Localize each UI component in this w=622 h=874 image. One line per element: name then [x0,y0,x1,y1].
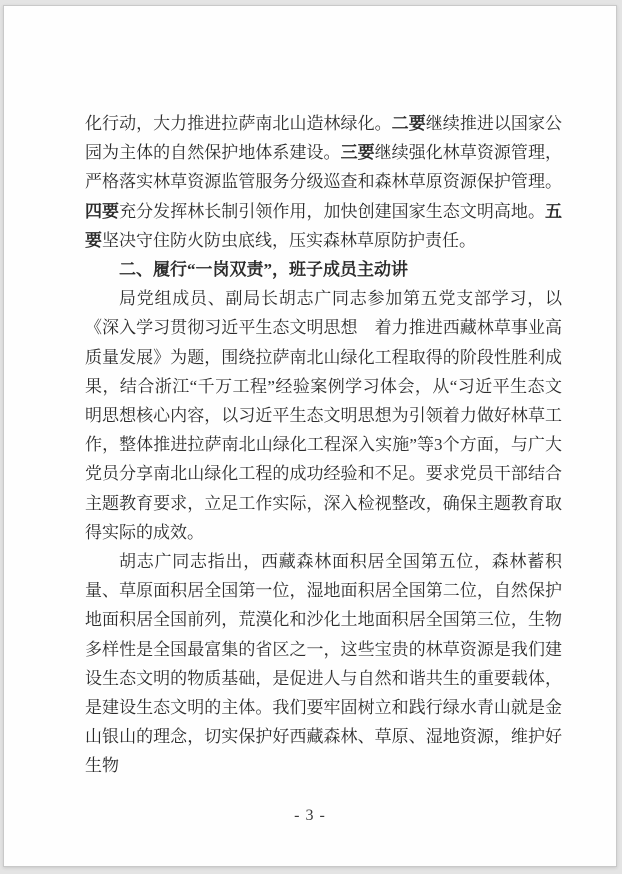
document-body: 化行动，大力推进拉萨南北山造林绿化。二要继续推进以国家公园为主体的自然保护地体系… [85,109,562,781]
paragraph: 化行动，大力推进拉萨南北山造林绿化。二要继续推进以国家公园为主体的自然保护地体系… [85,109,562,255]
text-run: 坚决守住防火防虫底线，压实森林草原防护责任。 [102,231,476,250]
text-run: 胡志广同志指出，西藏森林面积居全国第五位，森林蓄积量、草原面积居全国第一位，湿地… [85,552,562,775]
bold-text-run: 二、履行“一岗双责”，班子成员主动讲 [119,260,408,279]
bold-text-run: 四要 [85,202,119,221]
paragraph: 胡志广同志指出，西藏森林面积居全国第五位，森林蓄积量、草原面积居全国第一位，湿地… [85,547,562,781]
text-run: 充分发挥林长制引领作用，加快创建国家生态文明高地。 [119,202,545,221]
paragraph: 局党组成员、副局长胡志广同志参加第五党支部学习，以《深入学习贯彻习近平生态文明思… [85,284,562,547]
document-page: 化行动，大力推进拉萨南北山造林绿化。二要继续推进以国家公园为主体的自然保护地体系… [3,5,617,867]
section-heading: 二、履行“一岗双责”，班子成员主动讲 [85,255,562,284]
text-run: 化行动，大力推进拉萨南北山造林绿化。 [85,114,392,133]
bold-text-run: 三要 [341,143,375,162]
viewer-background: { "theme": { "background": "#e4e4e4", "p… [0,0,622,874]
text-run: 局党组成员、副局长胡志广同志参加第五党支部学习，以《深入学习贯彻习近平生态文明思… [85,289,562,542]
bold-text-run: 二要 [392,114,426,133]
page-number: - 3 - [4,807,616,825]
